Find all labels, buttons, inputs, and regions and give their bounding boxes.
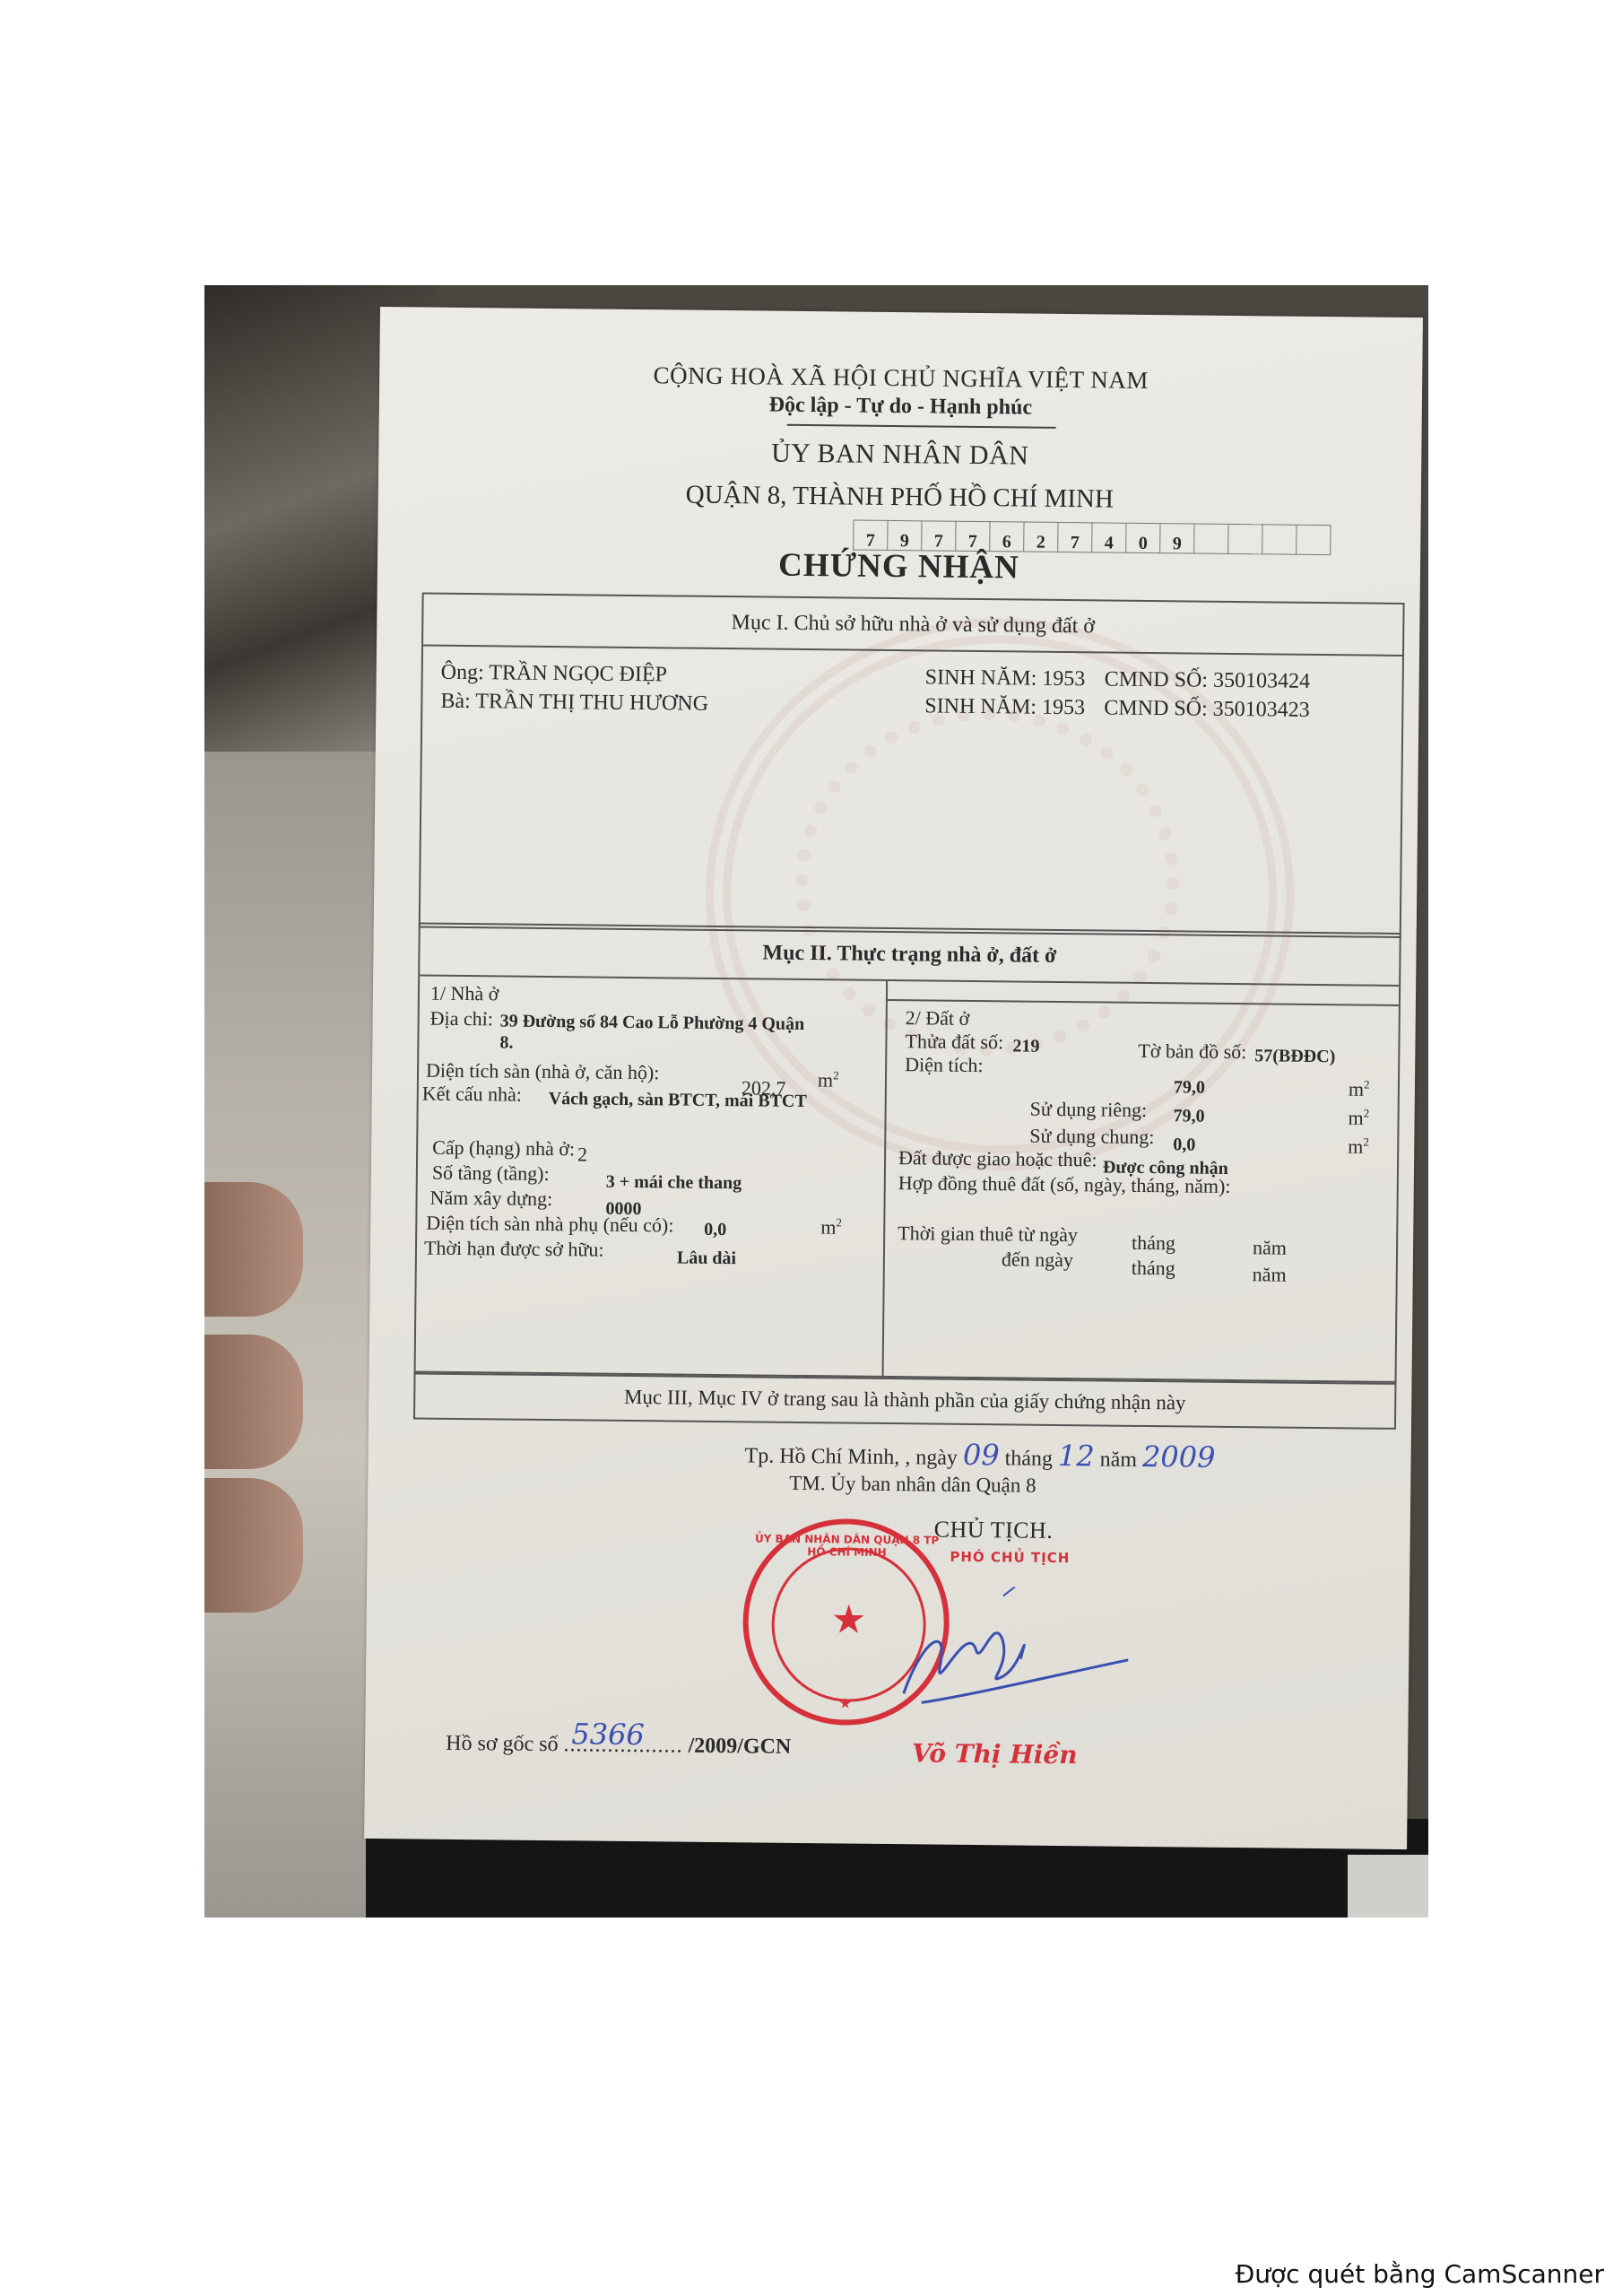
lease-to-year-label: năm — [1253, 1263, 1287, 1286]
section-owners-heading: Mục I. Chủ sở hữu nhà ở và sử dụng đất ở — [423, 595, 1403, 657]
owner-name: Bà: TRẦN THỊ THU HƯƠNG — [440, 690, 708, 717]
section-owners: Mục I. Chủ sở hữu nhà ở và sử dụng đất ở… — [419, 593, 1405, 938]
floor-area-label: Diện tích sàn (nhà ở, căn hộ): — [426, 1059, 660, 1085]
floor-area-unit: m2 — [818, 1068, 839, 1092]
aux-area-value: 0,0 — [704, 1220, 726, 1240]
lease-to-label: đến ngày — [1002, 1248, 1073, 1272]
grade-label: Cấp (hạng) nhà ở: — [432, 1136, 575, 1161]
file-record-label: Hồ sơ gốc số — [446, 1732, 559, 1756]
floors-value: 3 + mái che thang — [606, 1172, 742, 1195]
map-sheet-value: 57(BĐĐC) — [1254, 1046, 1335, 1067]
committee-title: ỦY BAN NHÂN DÂN — [378, 434, 1421, 475]
plot-value: 219 — [1012, 1036, 1039, 1057]
signer-name: Võ Thị Hiền — [912, 1738, 1078, 1770]
shared-use-label: Sử dụng chung: — [1029, 1125, 1154, 1149]
shared-use-value: 0,0 — [1173, 1135, 1195, 1155]
structure-label: Kết cấu nhà: — [422, 1083, 522, 1107]
section-property: Mục II. Thực trạng nhà ở, đất ở 1/ Nhà ở… — [414, 922, 1401, 1384]
aux-area-label: Diện tích sàn nhà phụ (nếu có): — [426, 1212, 673, 1238]
owner-id-number: CMND SỐ: 350103424 — [1105, 667, 1311, 693]
aux-area-unit: m2 — [820, 1215, 842, 1239]
lease-from-label: Thời gian thuê từ ngày — [898, 1222, 1078, 1247]
private-use-unit: m2 — [1348, 1106, 1369, 1130]
owner-id-number: CMND SỐ: 350103423 — [1104, 696, 1310, 722]
document-photo: CỘNG HOÀ XÃ HỘI CHỦ NGHĨA VIỆT NAM Độc l… — [204, 285, 1428, 1918]
owner-birth-year: SINH NĂM: 1953 — [924, 694, 1085, 720]
section-note: Mục III, Mục IV ở trang sau là thành phầ… — [413, 1370, 1397, 1429]
floors-label: Số tầng (tầng): — [432, 1161, 550, 1186]
plot-label: Thửa đất số: — [905, 1030, 1003, 1054]
structure-value: Vách gạch, sàn BTCT, mái BTCT — [549, 1089, 807, 1112]
ownership-term-label: Thời hạn được sở hữu: — [424, 1237, 604, 1262]
house-details: 1/ Nhà ở Địa chỉ: 39 Đường số 84 Cao Lỗ … — [416, 977, 889, 1378]
land-title: 2/ Đất ở — [906, 1006, 970, 1031]
holding-finger — [204, 1478, 303, 1613]
private-use-label: Sử dụng riêng: — [1030, 1098, 1148, 1122]
lease-contract-label: Hợp đồng thuê đất (số, ngày, tháng, năm)… — [898, 1171, 1231, 1198]
month-label: tháng — [1005, 1447, 1054, 1471]
place-label: Tp. Hồ Chí Minh, — [744, 1444, 899, 1469]
month-value: 12 — [1058, 1439, 1095, 1473]
vice-chairman-stamp: PHÓ CHỦ TỊCH — [950, 1549, 1070, 1566]
day-value: 09 — [963, 1438, 1000, 1472]
private-use-value: 79,0 — [1173, 1106, 1204, 1126]
ownership-term-value: Lâu dài — [677, 1248, 736, 1270]
handwritten-signature-icon — [868, 1586, 1139, 1723]
holding-finger — [204, 1182, 303, 1317]
shared-use-unit: m2 — [1348, 1135, 1369, 1159]
file-record-suffix: /2009/GCN — [688, 1735, 791, 1759]
grade-value: 2 — [577, 1143, 587, 1166]
owners-list: Ông: TRẦN NGỌC ĐIỆP SINH NĂM: 1953 CMND … — [440, 661, 1384, 728]
land-area-value: 79,0 — [1174, 1077, 1205, 1098]
allocation-label: Đất được giao hoặc thuê: — [898, 1146, 1097, 1171]
seal-text: ỦY BAN NHÂN DÂN QUẬN 8 TP HỒ CHÍ MINH — [749, 1532, 944, 1559]
construction-year-label: Năm xây dựng: — [429, 1187, 552, 1211]
map-sheet-label: Tờ bản đồ số: — [1138, 1039, 1246, 1064]
day-label: , ngày — [905, 1446, 958, 1470]
on-behalf: TM. Ủy ban nhân dân Quận 8 — [789, 1472, 1037, 1498]
address-label: Địa chỉ: — [430, 1007, 494, 1031]
on-behalf-label: TM. Ủy ban nhân dân — [789, 1472, 971, 1496]
address-value-cont: 8. — [499, 1032, 513, 1053]
lease-from-year-label: năm — [1253, 1236, 1287, 1259]
year-label: năm — [1100, 1448, 1138, 1471]
motto-underline — [787, 424, 1056, 429]
land-area-unit: m2 — [1349, 1077, 1370, 1101]
file-record: Hồ sơ gốc số ................... 5366 /2… — [446, 1732, 791, 1760]
certificate-paper: CỘNG HOÀ XÃ HỘI CHỦ NGHĨA VIỆT NAM Độc l… — [364, 307, 1423, 1849]
place-date: Tp. Hồ Chí Minh, , ngày 09 tháng 12 năm … — [744, 1435, 1215, 1474]
lease-to-month-label: tháng — [1132, 1257, 1175, 1281]
address-value: 39 Đường số 84 Cao Lỗ Phường 4 Quận — [500, 1011, 805, 1035]
house-title: 1/ Nhà ở — [430, 982, 499, 1006]
owner-name: Ông: TRẦN NGỌC ĐIỆP — [441, 661, 668, 688]
chairman-title: CHỦ TỊCH. — [934, 1517, 1054, 1544]
land-details: 2/ Đất ở Thửa đất số: 219 Tờ bản đồ số: … — [884, 999, 1399, 1383]
land-area-label: Diện tích: — [905, 1053, 984, 1077]
background-paper-stack — [1348, 1855, 1428, 1918]
scanner-watermark: Được quét bằng CamScanner — [1236, 2259, 1604, 2289]
year-value: 2009 — [1142, 1439, 1216, 1474]
owner-birth-year: SINH NĂM: 1953 — [925, 665, 1086, 691]
holding-finger — [204, 1335, 303, 1469]
file-record-number: 5366 — [571, 1717, 645, 1752]
lease-from-month-label: tháng — [1132, 1231, 1175, 1256]
district-title: QUẬN 8, THÀNH PHỐ HỒ CHÍ MINH — [378, 477, 1421, 517]
on-behalf-district: Quận 8 — [976, 1474, 1036, 1497]
